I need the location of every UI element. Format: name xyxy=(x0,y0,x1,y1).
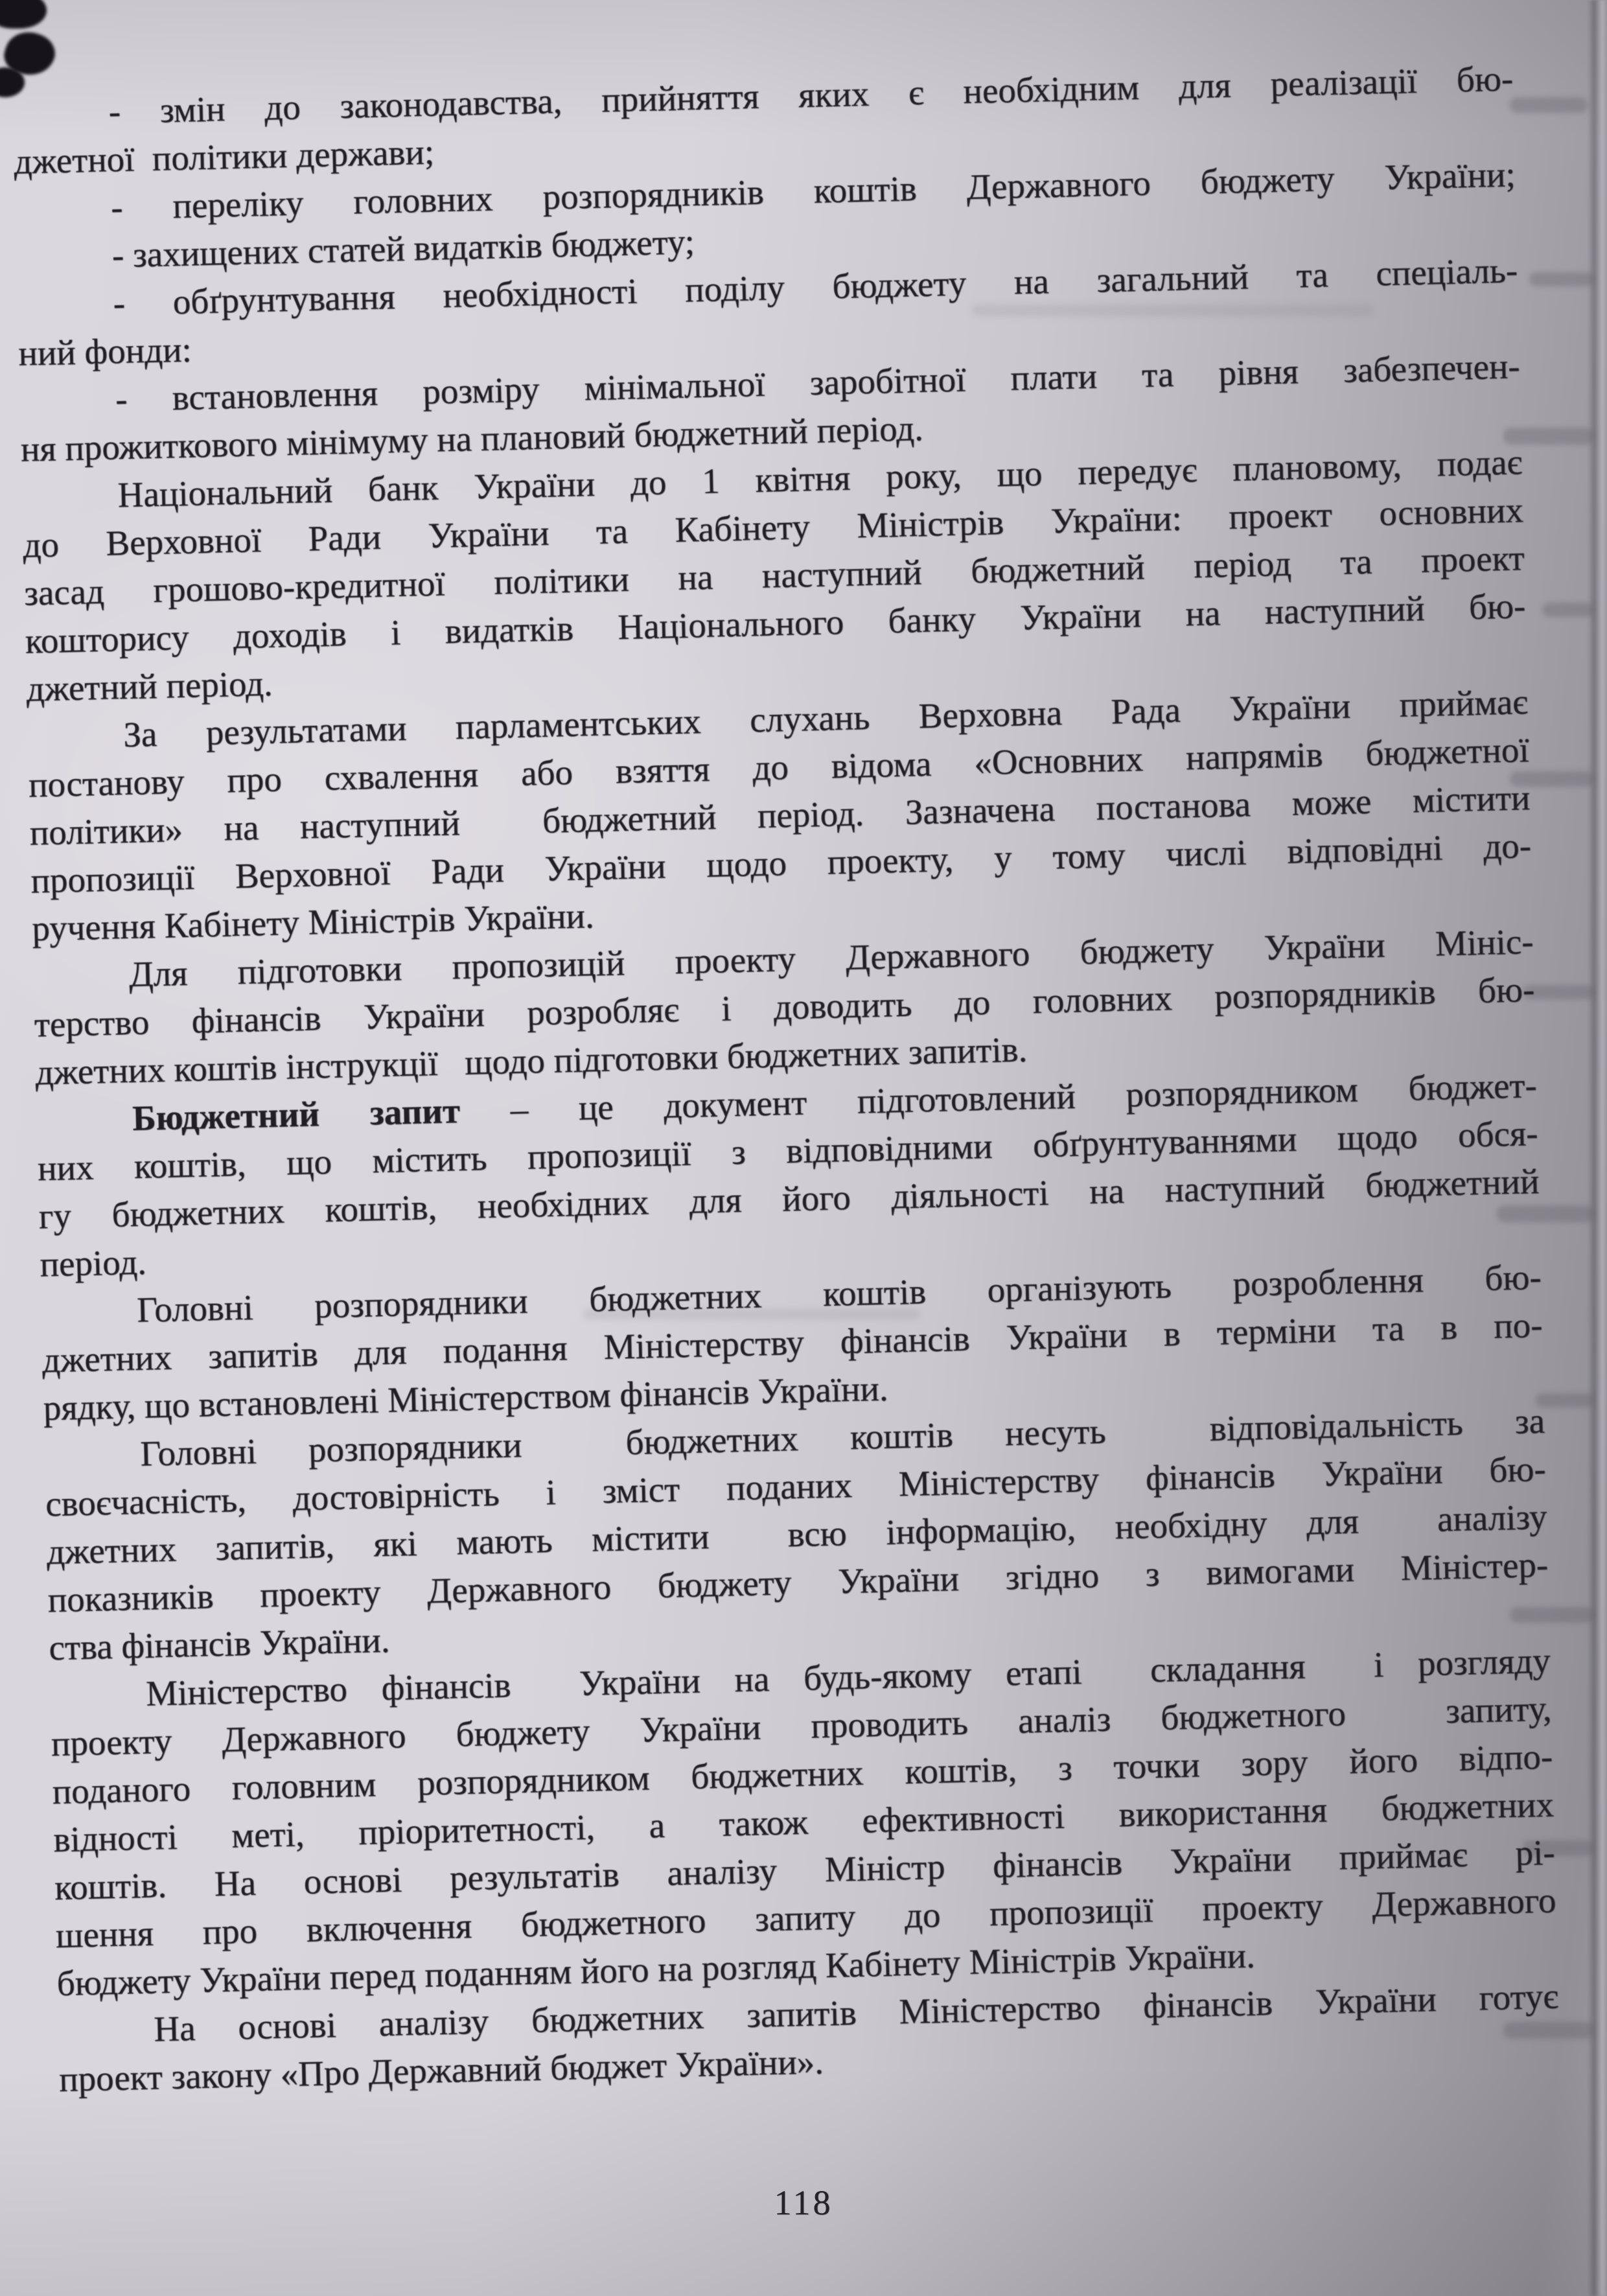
photo-edge-blob xyxy=(0,0,47,29)
term-budget-request: Бюджетний запит xyxy=(132,1091,460,1138)
page-edge-shading xyxy=(1588,0,1607,2296)
bleed-through-mark xyxy=(1536,1393,1594,1408)
bleed-through-mark xyxy=(1529,272,1594,286)
bleed-through-mark xyxy=(1510,97,1588,113)
scanned-book-page: { "document": { "language": "uk", "page_… xyxy=(0,0,1607,2296)
page-text: - змін до законодавства, прийняття яких … xyxy=(12,54,1560,2104)
page-number: 118 xyxy=(0,2183,1607,2223)
bleed-through-mark xyxy=(1542,603,1594,617)
